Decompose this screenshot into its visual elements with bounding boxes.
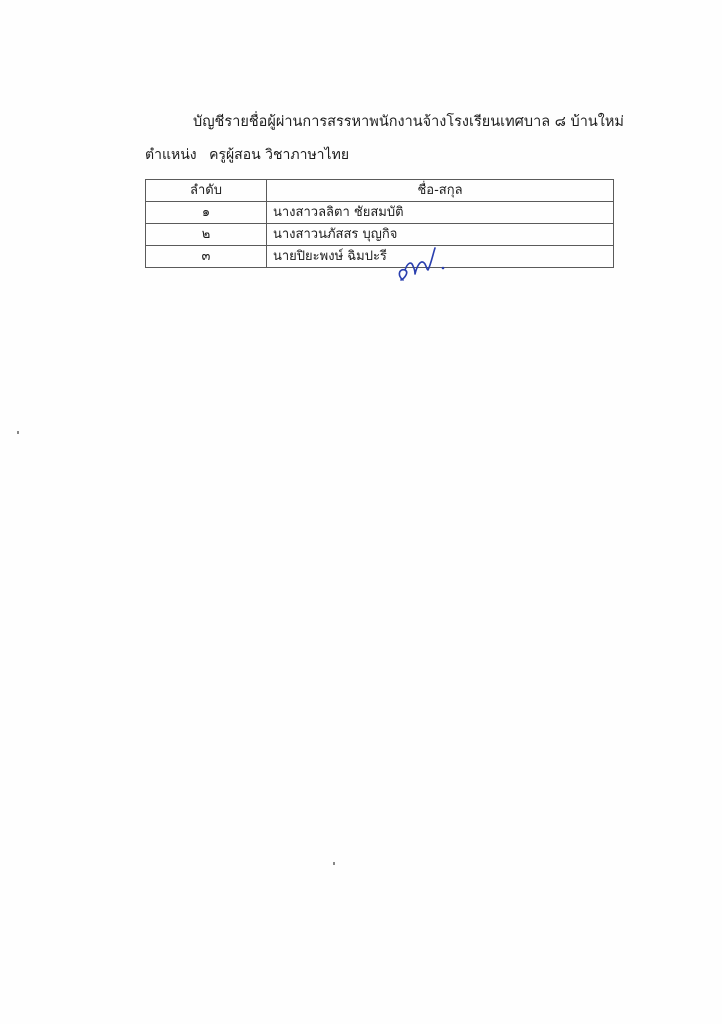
position-line: ตำแหน่ง ครูผู้สอน วิชาภาษาไทย	[145, 144, 349, 166]
header-name: ชื่อ-สกุล	[267, 180, 614, 202]
row-order: ๓	[146, 246, 267, 268]
signature-initials-icon	[393, 240, 453, 285]
scan-speck	[17, 431, 19, 434]
table-row: ๒ นางสาวนภัสสร บุญกิจ	[146, 224, 614, 246]
table-header-row: ลำดับ ชื่อ-สกุล	[146, 180, 614, 202]
row-name: นางสาวลลิตา ชัยสมบัติ	[267, 202, 614, 224]
document-page: บัญชีรายชื่อผู้ผ่านการสรรหาพนักงานจ้างโร…	[0, 0, 722, 1024]
document-title: บัญชีรายชื่อผู้ผ่านการสรรหาพนักงานจ้างโร…	[193, 111, 624, 133]
header-order: ลำดับ	[146, 180, 267, 202]
table-row: ๑ นางสาวลลิตา ชัยสมบัติ	[146, 202, 614, 224]
row-order: ๒	[146, 224, 267, 246]
candidate-table: ลำดับ ชื่อ-สกุล ๑ นางสาวลลิตา ชัยสมบัติ …	[145, 179, 614, 268]
scan-speck	[333, 862, 335, 865]
position-value: ครูผู้สอน วิชาภาษาไทย	[209, 147, 349, 163]
row-order: ๑	[146, 202, 267, 224]
position-label: ตำแหน่ง	[145, 147, 197, 163]
table-row: ๓ นายปิยะพงษ์ ฉิมปะรี	[146, 246, 614, 268]
